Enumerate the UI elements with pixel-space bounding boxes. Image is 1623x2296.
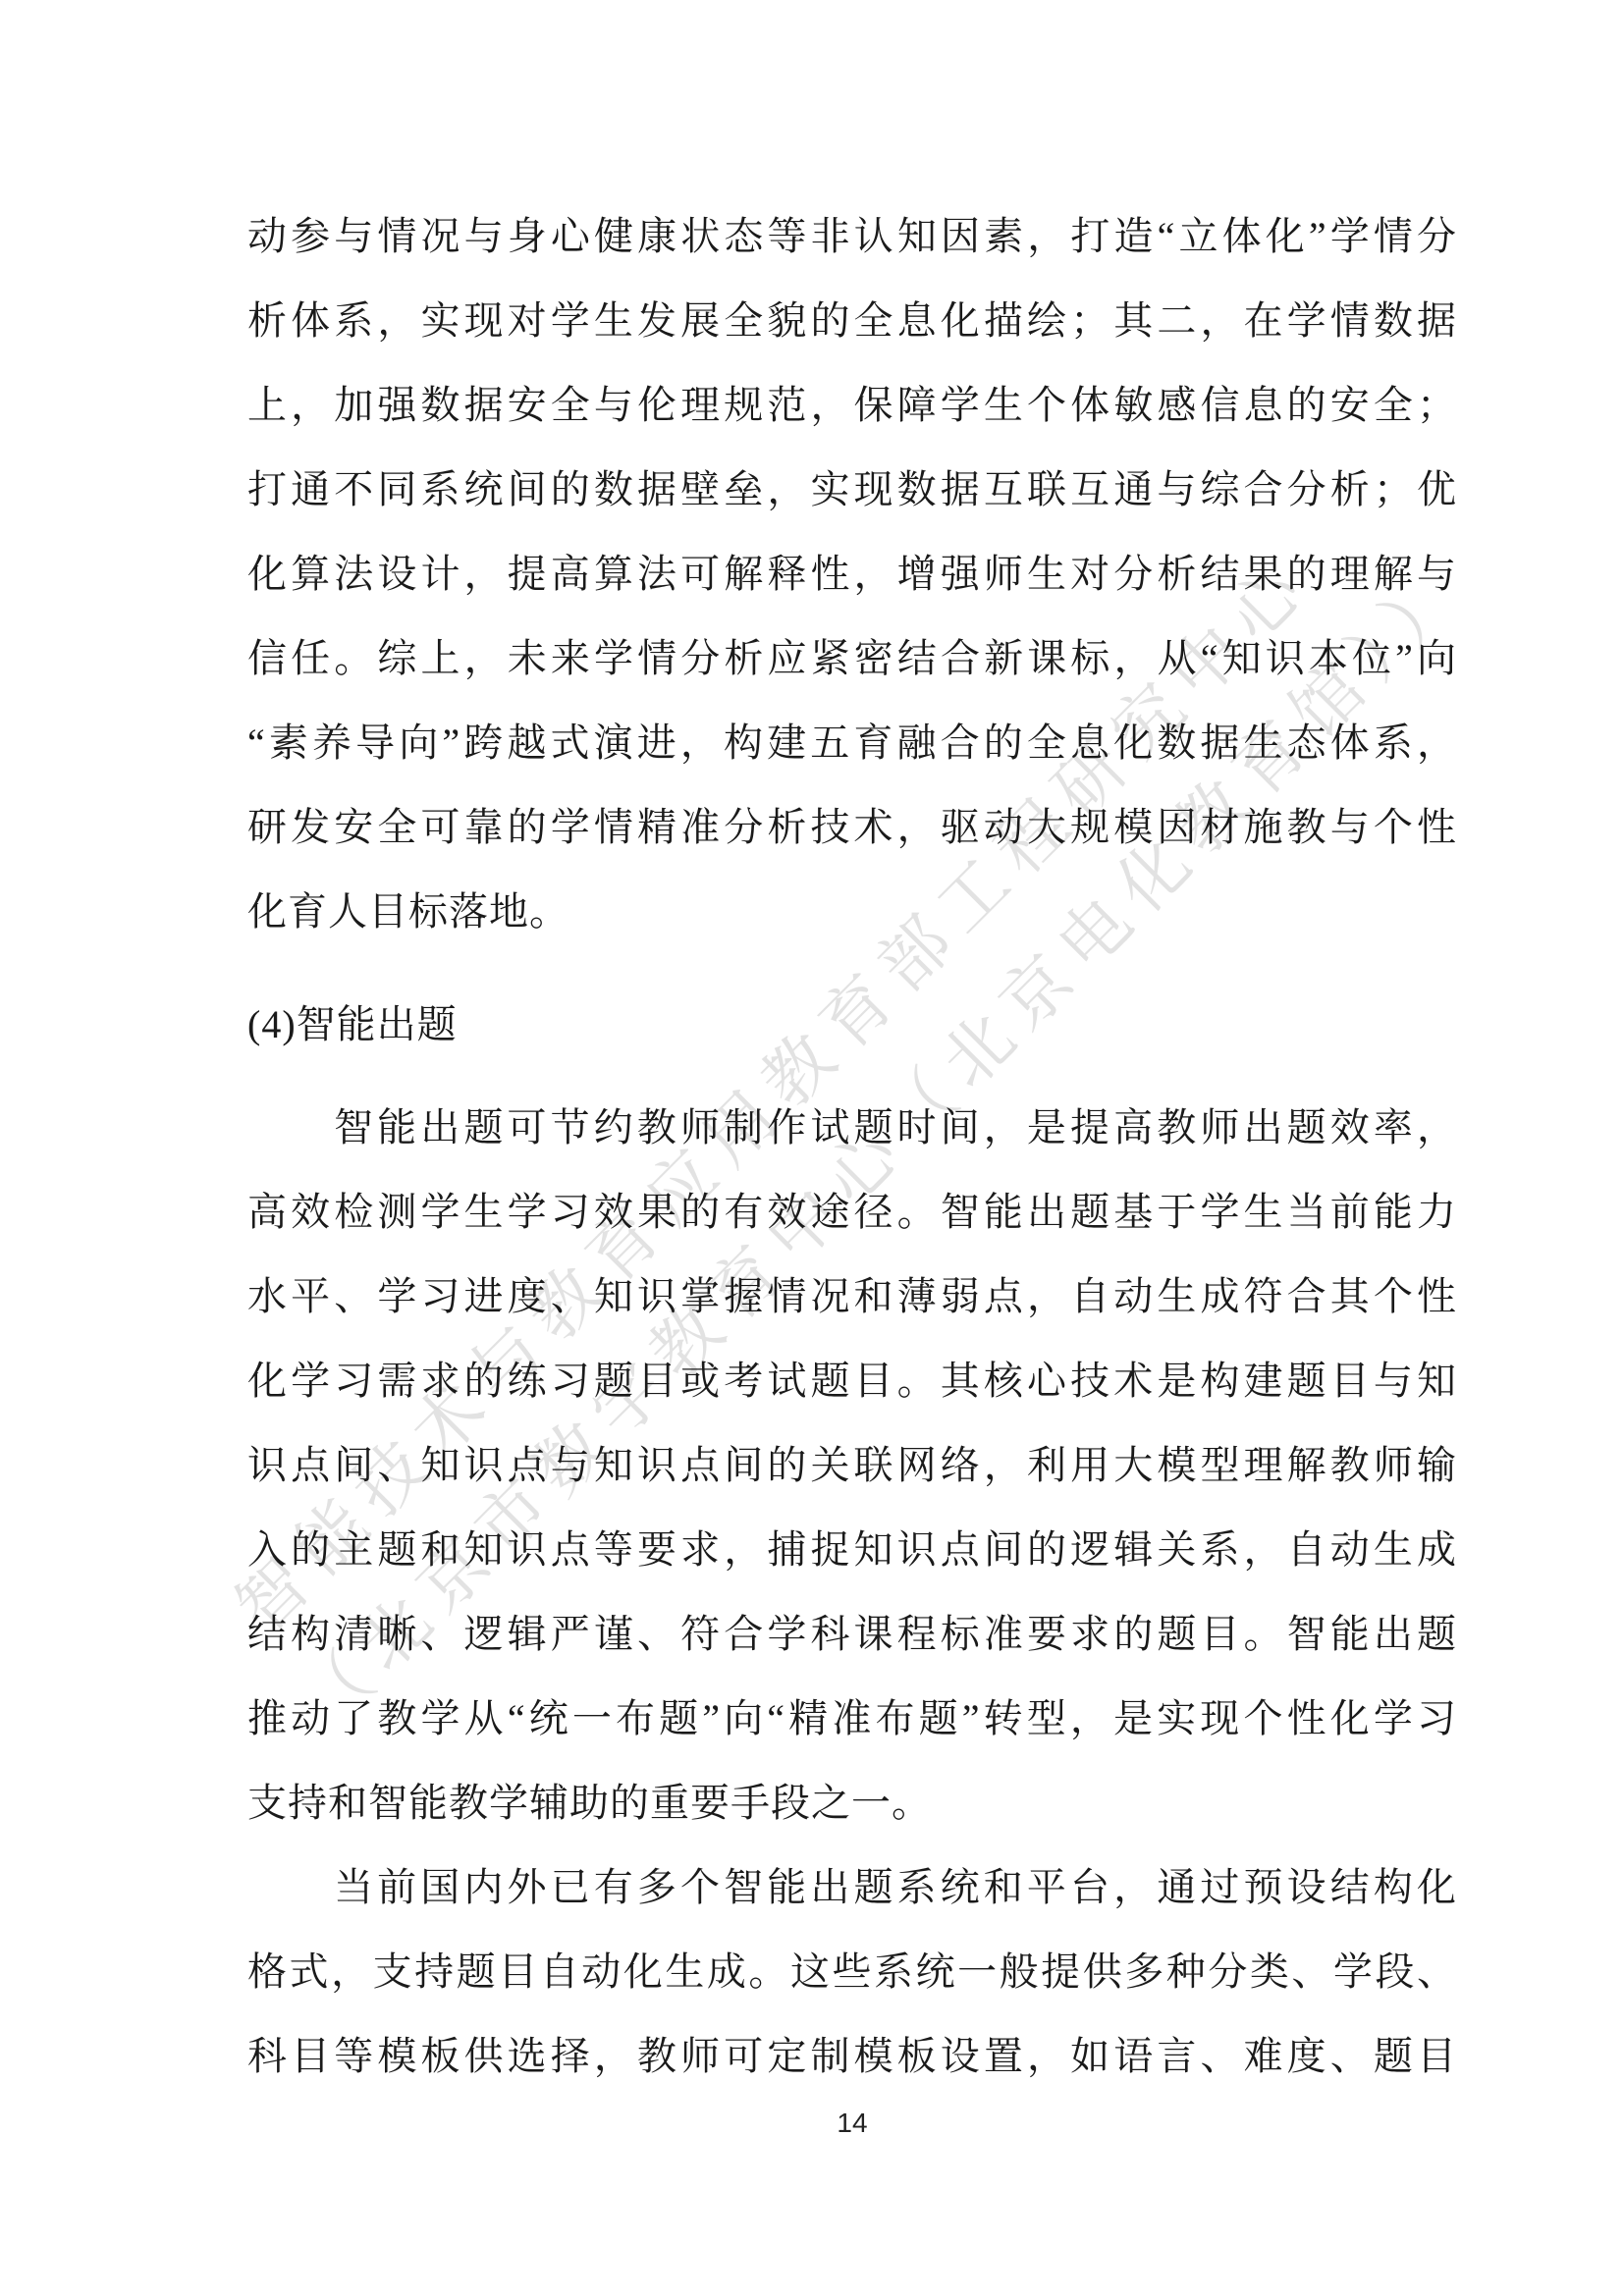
page-number: 14: [247, 2107, 1457, 2140]
text-line: 高效检测学生学习效果的有效途径。智能出题基于学生当前能力: [247, 1170, 1457, 1255]
text-line: 打通不同系统间的数据壁垒，实现数据互联互通与综合分析；优: [247, 448, 1457, 532]
text-line: 化算法设计，提高算法可解释性，增强师生对分析结果的理解与: [247, 532, 1457, 616]
text-line: 格式，支持题目自动化生成。这些系统一般提供多种分类、学段、: [247, 1930, 1457, 2014]
document-body: 动参与情况与身心健康状态等非认知因素，打造“立体化”学情分 析体系，实现对学生发…: [247, 194, 1457, 2140]
text-line: 化学习需求的练习题目或考试题目。其核心技术是构建题目与知: [247, 1339, 1457, 1423]
text-line: 化育人目标落地。: [247, 870, 1457, 954]
text-line: 动参与情况与身心健康状态等非认知因素，打造“立体化”学情分: [247, 194, 1457, 279]
text-line: 析体系，实现对学生发展全貌的全息化描绘；其二，在学情数据: [247, 279, 1457, 363]
text-line: 研发安全可靠的学情精准分析技术，驱动大规模因材施教与个性: [247, 785, 1457, 870]
text-line: 推动了教学从“统一布题”向“精准布题”转型，是实现个性化学习: [247, 1677, 1457, 1761]
paragraph-1: 动参与情况与身心健康状态等非认知因素，打造“立体化”学情分 析体系，实现对学生发…: [247, 194, 1457, 954]
text-line: 当前国内外已有多个智能出题系统和平台，通过预设结构化: [247, 1845, 1457, 1930]
text-line: “素养导向”跨越式演进，构建五育融合的全息化数据生态体系，: [247, 701, 1457, 785]
text-line: 水平、学习进度、知识掌握情况和薄弱点，自动生成符合其个性: [247, 1255, 1457, 1339]
text-line: 智能出题可节约教师制作试题时间，是提高教师出题效率，: [247, 1086, 1457, 1170]
section-heading: (4)智能出题: [247, 983, 1457, 1067]
text-line: 科目等模板供选择，教师可定制模板设置，如语言、难度、题目: [247, 2014, 1457, 2099]
paragraph-2: 智能出题可节约教师制作试题时间，是提高教师出题效率， 高效检测学生学习效果的有效…: [247, 1086, 1457, 1845]
text-line: 入的主题和知识点等要求，捕捉知识点间的逻辑关系，自动生成: [247, 1508, 1457, 1592]
text-line: 识点间、知识点与知识点间的关联网络，利用大模型理解教师输: [247, 1423, 1457, 1508]
document-page: 智能技术与教育应用教育部工程研究中心 （北京市数字教育中心（北京电化教育馆）） …: [0, 0, 1623, 2296]
text-line: 上，加强数据安全与伦理规范，保障学生个体敏感信息的安全；: [247, 363, 1457, 448]
text-line: 信任。综上，未来学情分析应紧密结合新课标，从“知识本位”向: [247, 616, 1457, 701]
paragraph-3: 当前国内外已有多个智能出题系统和平台，通过预设结构化 格式，支持题目自动化生成。…: [247, 1845, 1457, 2099]
text-line: 结构清晰、逻辑严谨、符合学科课程标准要求的题目。智能出题: [247, 1592, 1457, 1677]
text-line: 支持和智能教学辅助的重要手段之一。: [247, 1761, 1457, 1845]
